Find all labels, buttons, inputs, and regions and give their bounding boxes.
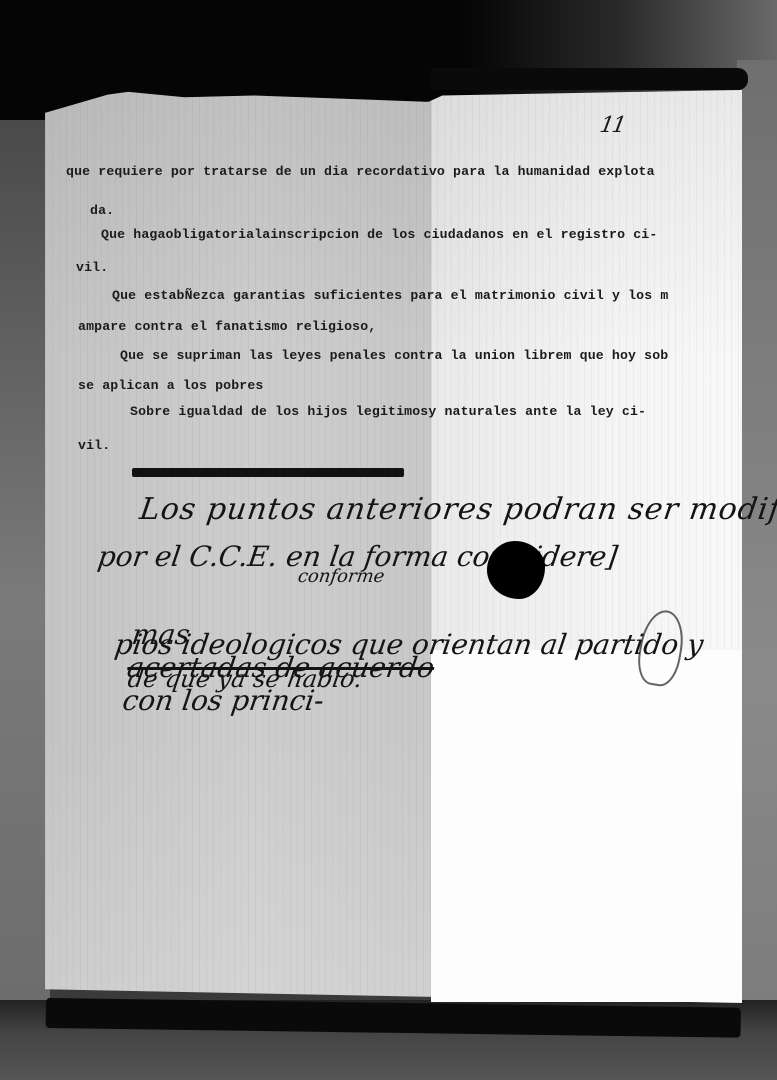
scanner-background-left: [0, 120, 50, 1080]
typed-line-7: Que se supriman las leyes penales contra…: [120, 348, 668, 363]
typed-line-8: se aplican a los pobres: [78, 378, 263, 393]
paper-bright-region: [431, 650, 742, 1002]
typed-line-2: da.: [90, 203, 114, 218]
typed-line-6: ampare contra el fanatismo religioso,: [78, 319, 376, 334]
scanner-background-right: [737, 60, 777, 1080]
paper-shadow-top: [430, 68, 748, 90]
typed-line-1: que requiere por tratarse de un dia reco…: [66, 164, 655, 179]
typed-line-9: Sobre igualdad de los hijos legitimosy n…: [130, 404, 646, 419]
ink-blot: [487, 541, 545, 599]
typed-line-4: vil.: [76, 260, 108, 275]
handwritten-line-1: Los puntos anteriores podran ser modific…: [138, 492, 777, 527]
struck-out-line: [132, 468, 404, 477]
page-number: 11: [598, 113, 626, 138]
handwritten-line-4: pios ideologicos que orientan al partido…: [113, 628, 706, 661]
typed-line-3: Que hagaobligatorialainscripcion de los …: [101, 227, 657, 242]
handwritten-insertion: conforme: [297, 566, 386, 587]
handwritten-line-5: de que ya se hablo.: [126, 665, 364, 693]
typed-line-5: Que estabÑezca garantias suficientes par…: [112, 288, 668, 303]
typed-line-10: vil.: [78, 438, 110, 453]
